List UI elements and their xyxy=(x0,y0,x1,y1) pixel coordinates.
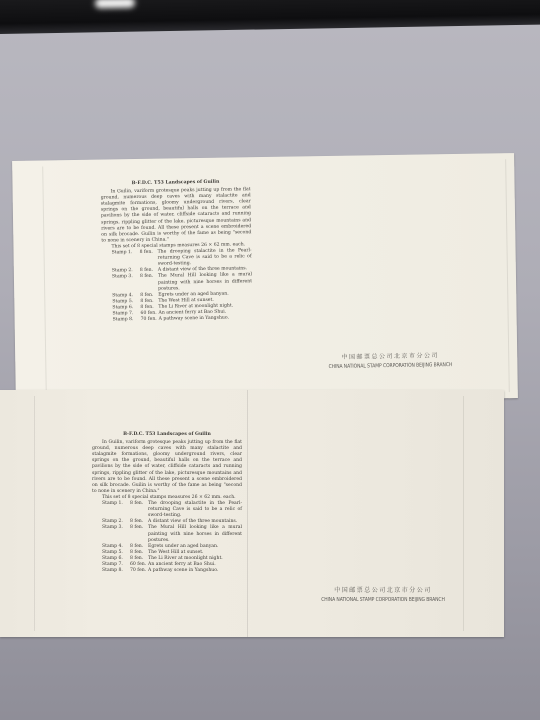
stamp-label: Stamp 8. xyxy=(103,317,141,324)
stamp-list: Stamp 1.8 fen.The drooping stalactite in… xyxy=(92,501,242,574)
description-paragraph: In Guilin, variform grotesque peaks jutt… xyxy=(92,440,242,495)
stamp-label: Stamp 8. xyxy=(92,568,130,574)
flap-fold-line xyxy=(505,159,510,392)
imprint-english: CHINA NATIONAL STAMP CORPORATION BEIJING… xyxy=(311,597,456,603)
stamp-value: 70 fen. xyxy=(130,568,148,574)
stamp-label: Stamp 3. xyxy=(92,525,130,543)
stamp-label: Stamp 1. xyxy=(102,250,140,269)
publisher-imprint: 中国邮票总公司北京市分公司 CHINA NATIONAL STAMP CORPO… xyxy=(298,585,468,603)
imprint-chinese: 中国邮票总公司北京市分公司 xyxy=(305,350,475,362)
stamp-row: Stamp 8.70 fen.A pathway scene in Yangsh… xyxy=(92,568,242,574)
stamp-value: 8 fen. xyxy=(130,525,148,543)
description-text-block: B-F.D.C. T53 Landscapes of Guilin In Gui… xyxy=(100,179,252,323)
light-glare xyxy=(95,0,135,8)
stamp-desc: A pathway scene in Yangshuo. xyxy=(159,315,253,323)
description-text-block: B-F.D.C. T53 Landscapes of Guilin In Gui… xyxy=(92,432,242,574)
description-paragraph: In Guilin, variform grotesque peaks jutt… xyxy=(101,187,252,244)
stamp-row: Stamp 8.70 fen.A pathway scene in Yangsh… xyxy=(103,315,253,323)
stamp-desc: The drooping stalactite in the Pearl-ret… xyxy=(158,248,252,268)
envelope-top: B-F.D.C. T53 Landscapes of Guilin In Gui… xyxy=(12,153,518,406)
stamp-row: Stamp 3.8 fen.The Mural Hill looking lik… xyxy=(92,525,242,543)
stamp-value: 8 fen. xyxy=(140,274,158,293)
stamp-row: Stamp 1.8 fen.The drooping stalactite in… xyxy=(92,501,242,519)
stamp-desc: The drooping stalactite in the Pearl-ret… xyxy=(148,501,242,519)
stamp-desc: The Mural Hill looking like a mural pain… xyxy=(158,273,252,293)
fdc-title: B-F.D.C. T53 Landscapes of Guilin xyxy=(92,432,242,438)
stamp-desc: The Mural Hill looking like a mural pain… xyxy=(148,525,242,543)
publisher-imprint: 中国邮票总公司北京市分公司 CHINA NATIONAL STAMP CORPO… xyxy=(305,350,475,371)
fdc-title: B-F.D.C. T53 Landscapes of Guilin xyxy=(100,179,250,187)
stamp-desc: A pathway scene in Yangshuo. xyxy=(148,568,242,574)
stamp-row: Stamp 3.8 fen.The Mural Hill looking lik… xyxy=(102,273,252,294)
stamp-list: Stamp 1.8 fen.The drooping stalactite in… xyxy=(102,248,253,323)
stamp-value: 8 fen. xyxy=(140,250,158,269)
imprint-chinese: 中国邮票总公司北京市分公司 xyxy=(298,585,468,594)
stamp-value: 8 fen. xyxy=(130,501,148,519)
flap-fold-line xyxy=(34,396,35,631)
stamp-label: Stamp 1. xyxy=(92,501,130,519)
envelope-bottom: B-F.D.C. T53 Landscapes of Guilin In Gui… xyxy=(0,390,504,637)
flap-fold-line xyxy=(42,166,47,399)
imprint-english: CHINA NATIONAL STAMP CORPORATION BEIJING… xyxy=(318,362,463,370)
paper-fold-crease xyxy=(247,390,248,637)
monitor-edge xyxy=(0,0,540,34)
stamp-label: Stamp 3. xyxy=(102,274,140,293)
stamp-value: 70 fen. xyxy=(141,317,159,323)
